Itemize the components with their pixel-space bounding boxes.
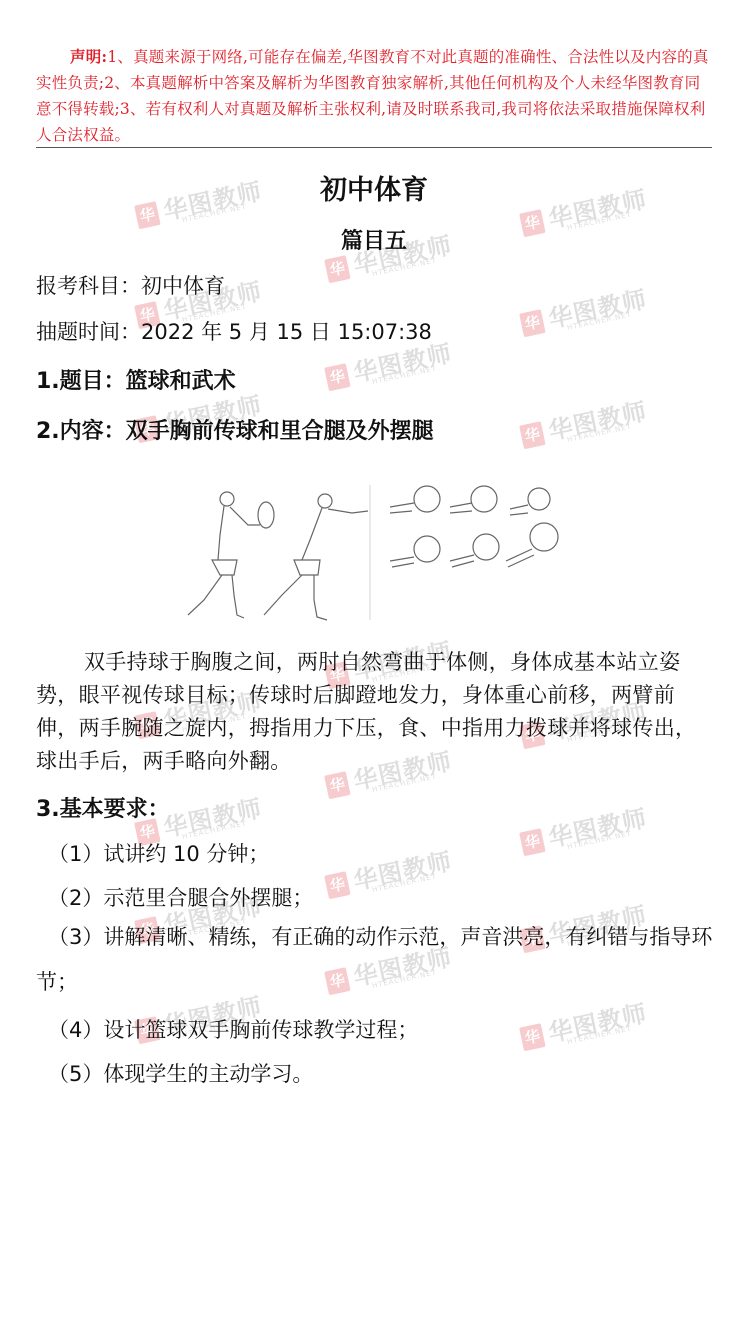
watermark-text: 华图教师: [350, 841, 455, 896]
watermark-logo-icon: 华: [519, 1023, 546, 1051]
time-line: 抽题时间：2022 年 5 月 15 日 15:07:38: [36, 316, 432, 346]
watermark: 华华图教师HTEACHER.NET: [516, 273, 654, 349]
divider: [36, 147, 712, 148]
watermark-logo-icon: 华: [519, 309, 546, 337]
content-paragraph: 双手持球于胸腹之间，两肘自然弯曲于体侧，身体成基本站立姿势，眼平视传球目标；传球…: [36, 646, 716, 778]
watermark-url: HTEACHER.NET: [566, 422, 632, 444]
watermark-text: 华图教师: [545, 798, 650, 853]
page-subtitle: 篇目五: [0, 224, 748, 255]
watermark-url: HTEACHER.NET: [566, 310, 632, 332]
watermark-url: HTEACHER.NET: [566, 1024, 632, 1046]
content-heading: 2.内容：双手胸前传球和里合腿及外摆腿: [36, 414, 434, 445]
watermark-url: HTEACHER.NET: [371, 256, 437, 278]
page-title: 初中体育: [0, 168, 748, 207]
watermark-url: HTEACHER.NET: [371, 872, 437, 894]
requirement-item: （3）讲解清晰、精练，有正确的动作示范，声音洪亮，有纠错与指导环节；: [36, 915, 716, 1005]
illustration-svg: [182, 475, 572, 625]
watermark-logo-icon: 华: [519, 828, 546, 856]
chest-pass-illustration: [182, 475, 572, 625]
watermark-url: HTEACHER.NET: [371, 364, 437, 386]
watermark-logo-icon: 华: [519, 421, 546, 449]
watermark-text: 华图教师: [545, 279, 650, 334]
watermark-text: 华图教师: [160, 788, 265, 843]
watermark: 华华图教师HTEACHER.NET: [321, 835, 459, 911]
subject-line: 报考科目：初中体育: [36, 270, 225, 300]
requirement-item: （4）设计篮球双手胸前传球教学过程；: [48, 1014, 418, 1044]
watermark-logo-icon: 华: [324, 255, 351, 283]
document-page: 华华图教师HTEACHER.NET 华华图教师HTEACHER.NET 华华图教…: [0, 0, 748, 1335]
watermark: 华华图教师HTEACHER.NET: [516, 385, 654, 461]
requirement-item: （1）试讲约 10 分钟；: [48, 838, 269, 868]
requirement-item: （2）示范里合腿合外摆腿；: [48, 882, 313, 912]
requirement-item: （5）体现学生的主动学习。: [48, 1058, 313, 1088]
watermark-logo-icon: 华: [324, 363, 351, 391]
disclaimer-lead: 声明:: [70, 47, 107, 66]
disclaimer: 声明:1、真题来源于网络,可能存在偏差,华图教育不对此真题的准确性、合法性以及内…: [36, 44, 712, 148]
watermark: 华华图教师HTEACHER.NET: [516, 792, 654, 868]
disclaimer-text: 1、真题来源于网络,可能存在偏差,华图教育不对此真题的准确性、合法性以及内容的真…: [36, 48, 709, 144]
watermark-url: HTEACHER.NET: [566, 829, 632, 851]
watermark-text: 华图教师: [545, 391, 650, 446]
topic-heading: 1.题目：篮球和武术: [36, 364, 236, 395]
watermark-logo-icon: 华: [324, 871, 351, 899]
requirements-heading: 3.基本要求：: [36, 792, 170, 823]
